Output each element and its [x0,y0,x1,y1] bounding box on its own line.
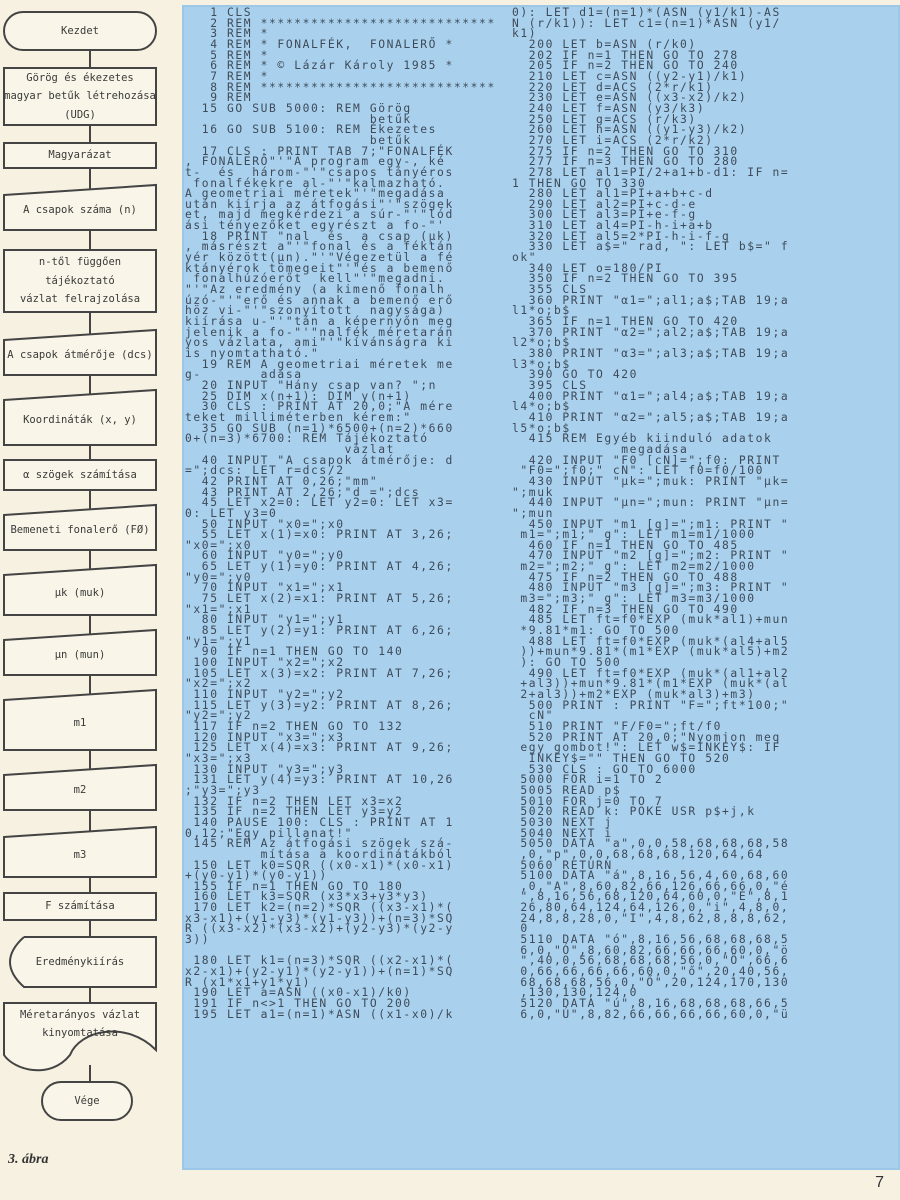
flow-step-m1: m1 [4,696,156,750]
flow-step-m2: m2 [4,771,156,810]
flow-step-pin-count: A csapok száma (n) [4,191,156,230]
basic-listing: 1 CLS 2 REM ****************************… [182,5,900,1170]
flow-step-coords: Koordináták (x, y) [4,396,156,445]
flow-step-m3: m3 [4,833,156,877]
flow-step-end: Vége [42,1082,132,1120]
flow-step-mun: μn (mun) [4,636,156,675]
page-number: 7 [875,1174,884,1192]
flow-step-start: Kezdet [4,12,156,50]
code-column-right: 0): LET d1=(n=1)*(ASN (y1/k1)-AS N (r/k1… [512,8,897,1020]
flow-step-f-calc: F számítása [4,893,156,920]
flow-step-sketch: n-től függően tájékoztató vázlat felrajz… [4,250,156,312]
figure-caption: 3. ábra [8,1152,48,1168]
flow-step-print: Méretarányos vázlat kinyomtatása [4,1003,156,1045]
flow-step-input-force: Bemeneti fonalerő (FØ) [4,511,156,550]
flow-step-explain: Magyarázat [4,143,156,168]
flow-step-udg: Görög és ékezetes magyar betűk létrehozá… [4,68,156,125]
flow-step-pin-diameter: A csapok átmérője (dcs) [4,336,156,375]
flowchart: KezdetGörög és ékezetes magyar betűk lét… [0,0,160,1200]
flow-step-output: Eredménykiírás [4,937,156,987]
code-column-left: 1 CLS 2 REM ****************************… [185,8,520,1020]
flow-step-muk: μk (muk) [4,571,156,615]
flow-step-angles: α szögek számítása [4,460,156,490]
